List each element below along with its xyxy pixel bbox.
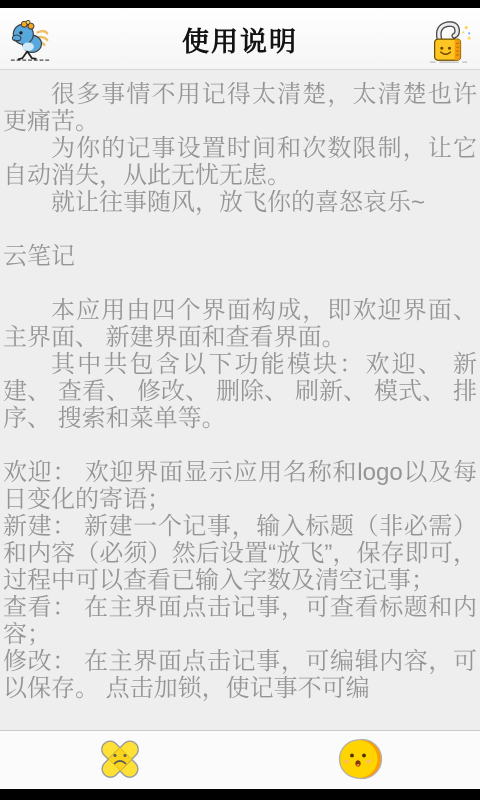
header-bar: 使用说明: [0, 8, 480, 70]
paragraph: 云笔记: [3, 243, 477, 270]
sun-tab-button[interactable]: [240, 731, 480, 789]
paragraph: [3, 432, 477, 459]
bandage-cross-icon: [95, 734, 145, 787]
bottom-bar: [0, 730, 480, 789]
sun-face-icon: [337, 736, 383, 785]
paragraph: [3, 216, 477, 243]
status-bar: [0, 0, 480, 8]
instructions-content[interactable]: 很多事情不用记得太清楚，太清楚也许更痛苦。为你的记事设置时间和次数限制，让它自动…: [0, 71, 480, 730]
unlocked-padlock-icon[interactable]: [426, 18, 472, 66]
page-title: 使用说明: [0, 8, 480, 70]
paragraph: 新建： 新建一个记事，输入标题（非必需）和内容（必须）然后设置“放飞”，保存即可…: [3, 513, 477, 594]
paragraph: 修改： 在主界面点击记事，可编辑内容，可以保存。 点击加锁，使记事不可编: [3, 648, 477, 702]
android-navigation-bar: [0, 789, 480, 800]
paragraph: 查看： 在主界面点击记事，可查看标题和内容；: [3, 594, 477, 648]
paragraph: 为你的记事设置时间和次数限制，让它自动消失，从此无忧无虑。: [3, 135, 477, 189]
paragraph: 就让往事随风，放飞你的喜怒哀乐~: [3, 189, 477, 216]
paragraph: [3, 270, 477, 297]
paragraph: 其中共包含以下功能模块：欢迎、 新建、 查看、 修改、 删除、 刷新、 模式、 …: [3, 351, 477, 432]
bandage-tab-button[interactable]: [0, 731, 240, 789]
app-screen: 使用说明 很多事情不用记得太清楚，太清楚也许更痛苦。为你的记事设置时间和次数限制…: [0, 0, 480, 800]
paragraph: 很多事情不用记得太清楚，太清楚也许更痛苦。: [3, 81, 477, 135]
paragraph: 本应用由四个界面构成，即欢迎界面、 主界面、 新建界面和查看界面。: [3, 297, 477, 351]
paragraph: 欢迎： 欢迎界面显示应用名称和logo以及每日变化的寄语；: [3, 459, 477, 513]
